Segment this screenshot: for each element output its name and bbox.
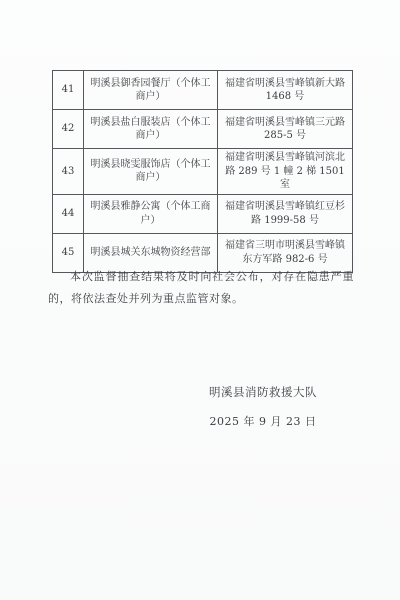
issuing-authority: 明溪县消防救援大队	[192, 384, 334, 400]
address-cell: 福建省明溪县雪峰镇红豆杉路 1999-58 号	[218, 194, 353, 233]
row-number-cell: 44	[53, 194, 84, 233]
row-number-cell: 43	[53, 149, 84, 195]
row-number-cell: 41	[53, 71, 84, 110]
closing-paragraph: 本次监督抽查结果将及时向社会公布，对存在隐患严重的，将依法查处并列为重点监管对象…	[48, 266, 354, 310]
business-name-cell: 明溪县盐白服装店（个体工商户）	[84, 110, 218, 149]
signature-block: 明溪县消防救援大队 2025 年 9 月 23 日	[192, 384, 334, 429]
address-cell: 福建省明溪县雪峰镇新大路 1468 号	[218, 71, 353, 110]
inspection-results-table: 41 明溪县御香园餐厅（个体工商户） 福建省明溪县雪峰镇新大路 1468 号 4…	[52, 70, 353, 273]
business-name-cell: 明溪县晓雯服饰店（个体工商户）	[84, 149, 218, 195]
address-cell: 福建省明溪县雪峰镇三元路 285-5 号	[218, 110, 353, 149]
issue-date: 2025 年 9 月 23 日	[192, 413, 334, 429]
table-row: 44 明溪县雅静公寓（个体工商户） 福建省明溪县雪峰镇红豆杉路 1999-58 …	[53, 194, 353, 233]
business-name-cell: 明溪县雅静公寓（个体工商户）	[84, 194, 218, 233]
row-number-cell: 42	[53, 110, 84, 149]
table-row: 43 明溪县晓雯服饰店（个体工商户） 福建省明溪县雪峰镇河滨北路 289 号 1…	[53, 149, 353, 195]
table-row: 41 明溪县御香园餐厅（个体工商户） 福建省明溪县雪峰镇新大路 1468 号	[53, 71, 353, 110]
document-page: 41 明溪县御香园餐厅（个体工商户） 福建省明溪县雪峰镇新大路 1468 号 4…	[0, 0, 400, 600]
table-row: 42 明溪县盐白服装店（个体工商户） 福建省明溪县雪峰镇三元路 285-5 号	[53, 110, 353, 149]
business-name-cell: 明溪县御香园餐厅（个体工商户）	[84, 71, 218, 110]
address-cell: 福建省明溪县雪峰镇河滨北路 289 号 1 幢 2 梯 1501 室	[218, 149, 353, 195]
